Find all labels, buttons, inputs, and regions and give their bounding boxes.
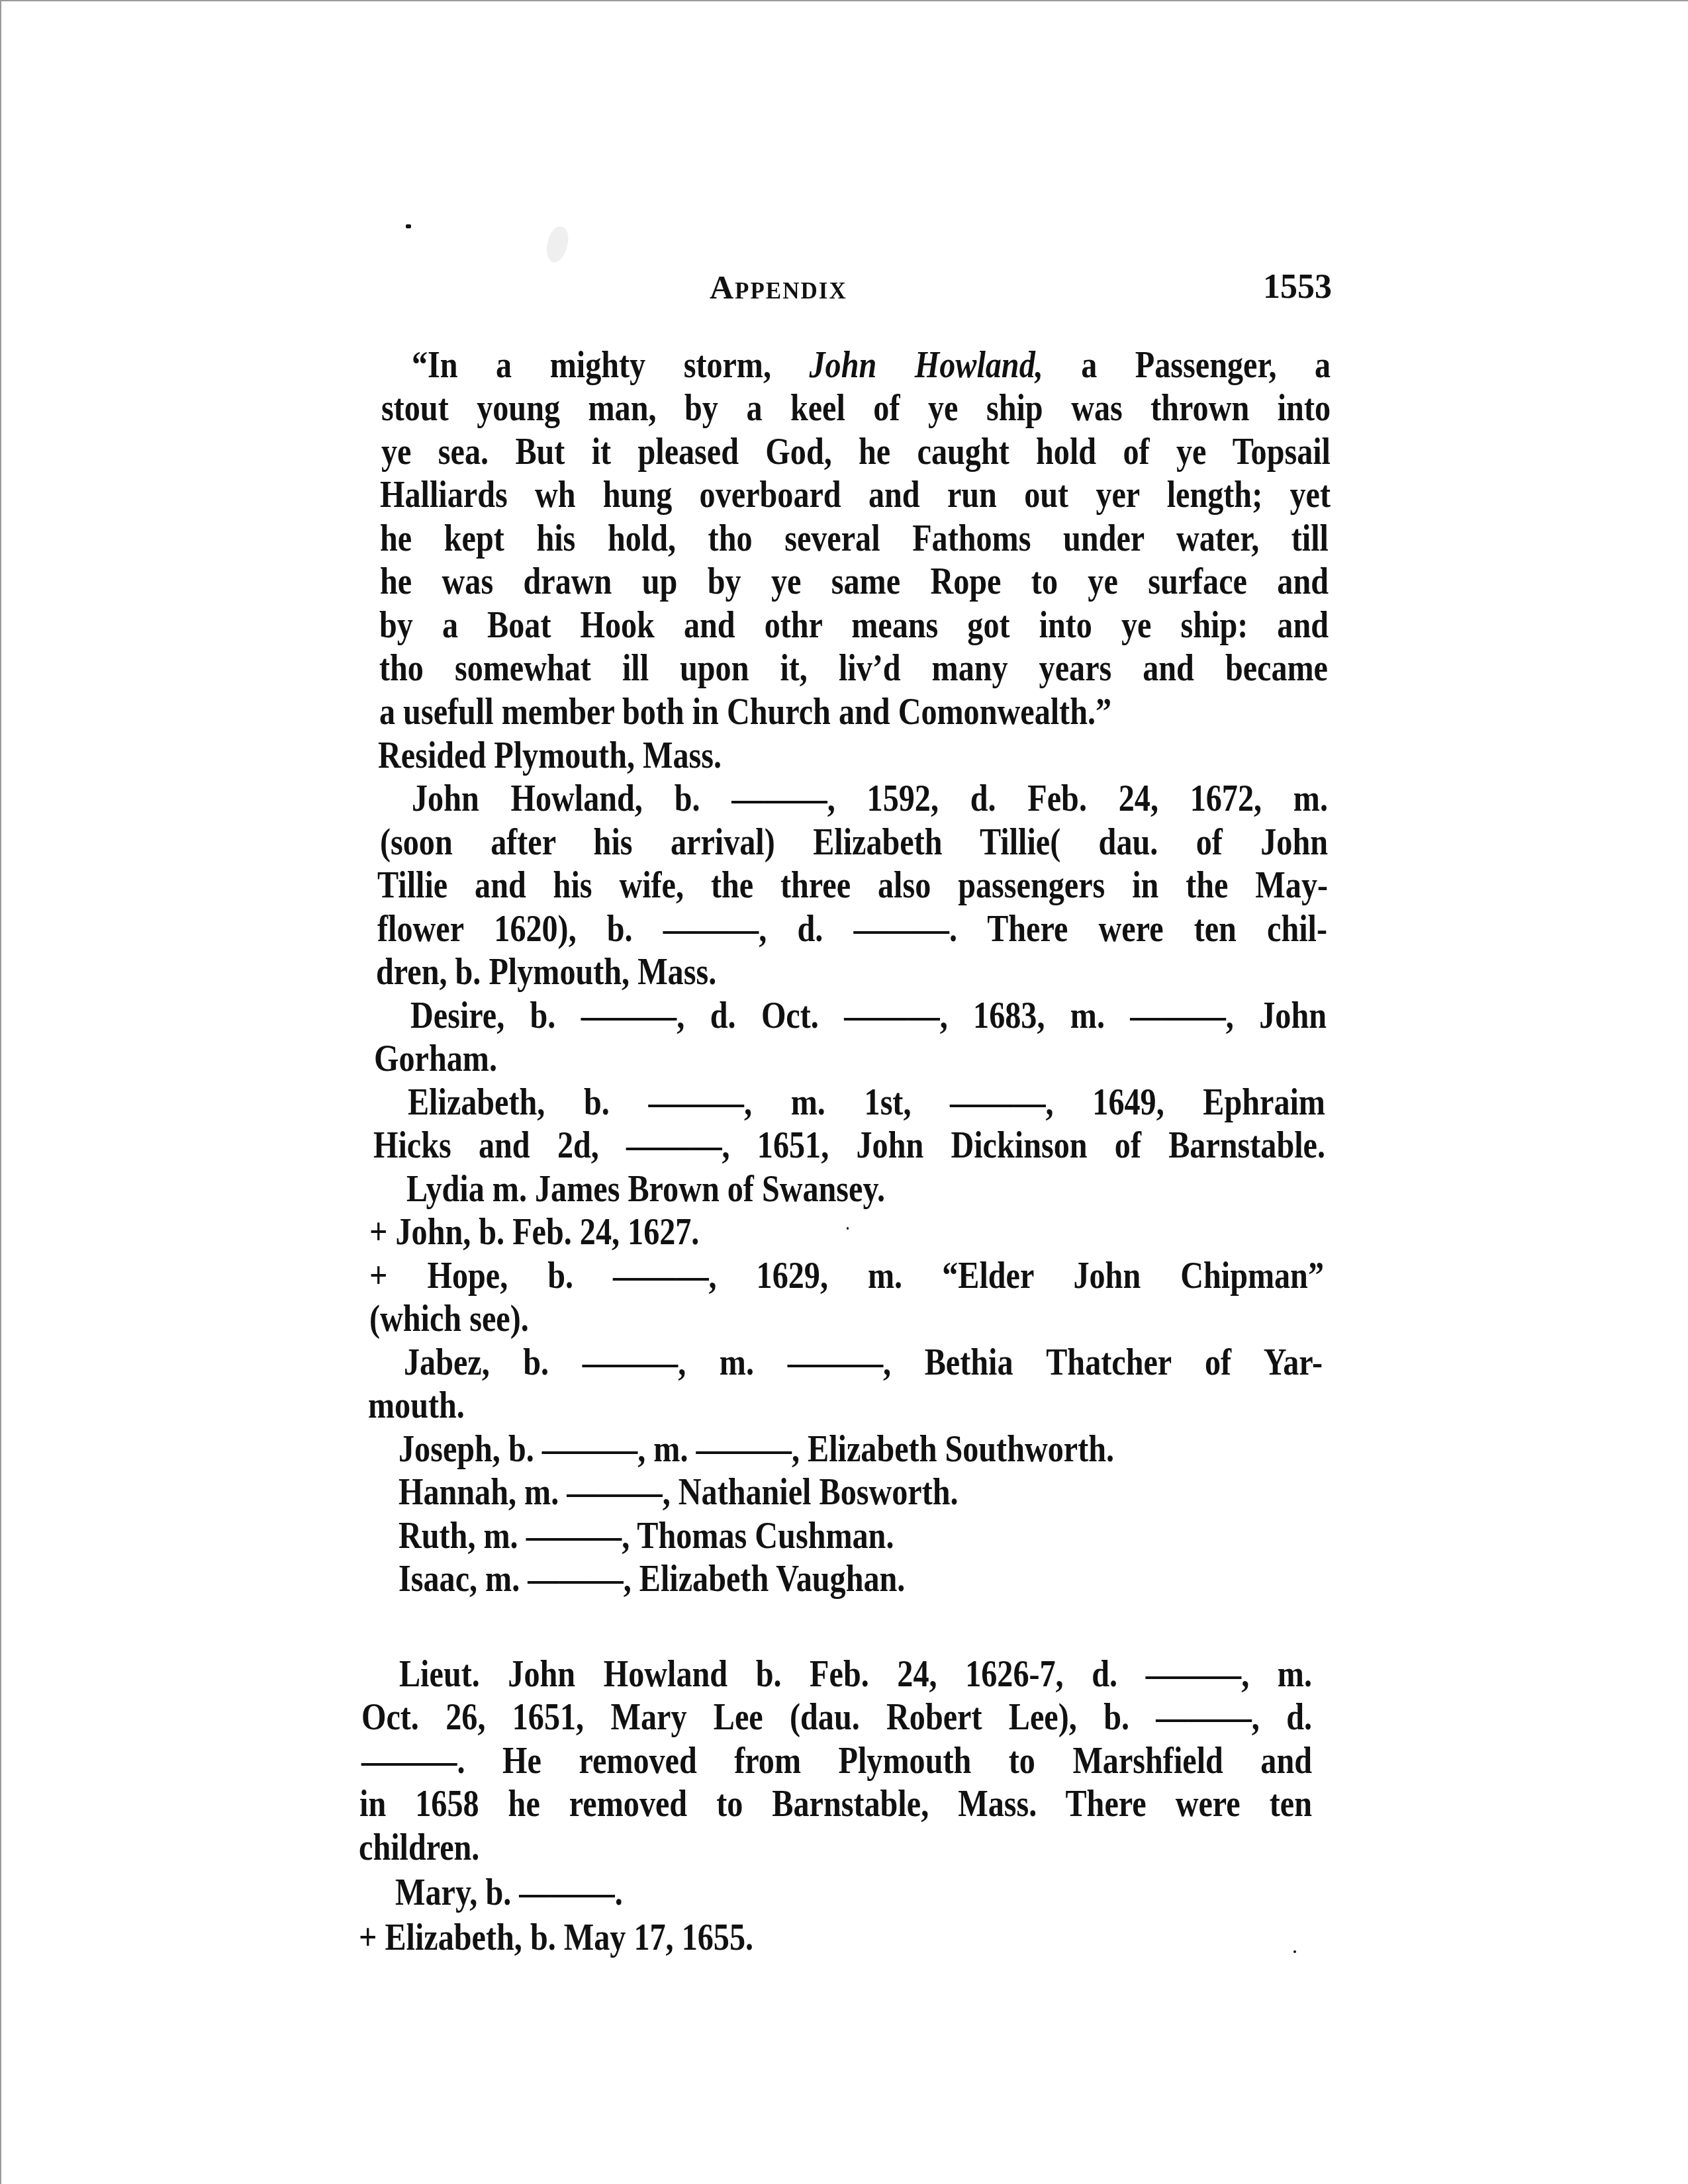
text-line: in 1658 he removed to Barnstable, Mass. … [359,1782,1312,1826]
page-number: 1553 [1263,267,1332,307]
text-line: Isaac, m. ———, Elizabeth Vaughan. [399,1557,1060,1601]
line-text: “In a mighty storm, [412,345,810,386]
line-text: dren, b. Plymouth, Mass. [376,952,716,993]
scan-smudge [544,224,571,264]
text-line: Gorham. [374,1037,531,1081]
line-text: + Elizabeth, b. May 17, 1655. [359,1917,753,1958]
line-text: (soon after his arrival) Elizabeth Tilli… [380,822,1328,863]
text-line: John Howland, b. ———, 1592, d. Feb. 24, … [412,777,1328,821]
scanned-book-page: Appendix 1553 “In a mighty storm, John H… [0,0,1688,2184]
line-text: Joseph, b. ———, m. ———, Elizabeth Southw… [399,1429,1114,1470]
line-text: a Passenger, a [1043,345,1331,386]
line-text: John Howland, b. ———, 1592, d. Feb. 24, … [412,778,1328,819]
line-text: Jabez, b. ———, m. ———, Bethia Thatcher o… [404,1342,1323,1383]
text-line: Mary, b. ———. [395,1871,663,1915]
line-text: Gorham. [374,1038,497,1079]
text-line: + Hope, b. ———, 1629, m. “Elder John Chi… [369,1254,1324,1298]
text-line: Resided Plymouth, Mass. [378,734,796,778]
line-text: in 1658 he removed to Barnstable, Mass. … [359,1784,1312,1825]
text-line: he was drawn up by ye same Rope to ye su… [380,560,1329,604]
text-line: (which see). [369,1297,597,1341]
scan-speck [1293,1950,1296,1953]
text-line: (soon after his arrival) Elizabeth Tilli… [380,821,1328,864]
line-text: Lieut. John Howland b. Feb. 24, 1626-7, … [399,1654,1312,1695]
line-text: Elizabeth, b. ———, m. 1st, ———, 1649, Ep… [408,1082,1325,1123]
line-text: Resided Plymouth, Mass. [378,735,722,776]
line-text: mouth. [368,1385,465,1426]
line-text: Lydia m. James Brown of Swansey. [406,1169,885,1210]
text-line: by a Boat Hook and othr means got into y… [379,604,1329,647]
line-text: Oct. 26, 1651, Mary Lee (dau. Robert Lee… [361,1697,1312,1738]
text-line: Hannah, m. ———, Nathaniel Bosworth. [399,1471,1127,1514]
line-text: children. [359,1827,479,1868]
text-line: ye sea. But it pleased God, he caught ho… [381,430,1331,474]
line-text: Tillie and his wife, the three also pass… [377,865,1328,906]
text-line: flower 1620), b. ———, d. ———. There were… [377,907,1327,951]
line-text: ———. He removed from Plymouth to Marshfi… [361,1741,1312,1782]
line-text: Mary, b. ———. [395,1872,623,1913]
line-text: (which see). [369,1298,529,1340]
text-line: Lieut. John Howland b. Feb. 24, 1626-7, … [399,1653,1312,1696]
line-text: a usefull member both in Church and Como… [379,692,1111,733]
text-line: Tillie and his wife, the three also pass… [377,864,1328,907]
text-line: Hicks and 2d, ———, 1651, John Dickinson … [373,1124,1325,1167]
line-text: Ruth, m. ———, Thomas Cushman. [399,1516,894,1557]
italic-name: John Howland, [810,345,1043,386]
text-line: “In a mighty storm, John Howland, a Pass… [412,343,1331,387]
text-line: Jabez, b. ———, m. ———, Bethia Thatcher o… [404,1341,1323,1385]
line-text: he kept his hold, tho several Fathoms un… [380,518,1329,559]
text-line: Oct. 26, 1651, Mary Lee (dau. Robert Lee… [361,1696,1312,1739]
text-line: Halliards wh hung overboard and run out … [380,473,1331,517]
line-text: + Hope, b. ———, 1629, m. “Elder John Chi… [369,1255,1324,1297]
text-line: children. [359,1826,531,1870]
line-text: Isaac, m. ———, Elizabeth Vaughan. [399,1559,905,1600]
text-line: Desire, b. ———, d. Oct. ———, 1683, m. ——… [410,994,1327,1038]
text-line: stout young man, by a keel of ye ship wa… [381,387,1331,430]
running-header-title: Appendix [710,267,847,307]
line-text: tho somewhat ill upon it, liv’d many yea… [379,648,1328,689]
text-line: + John, b. Feb. 24, 1627. [369,1210,796,1254]
line-text: + John, b. Feb. 24, 1627. [369,1212,699,1253]
scan-speck [406,224,411,228]
text-line: tho somewhat ill upon it, liv’d many yea… [379,647,1328,690]
text-line: Elizabeth, b. ———, m. 1st, ———, 1649, Ep… [408,1081,1325,1124]
line-text: Halliards wh hung overboard and run out … [380,475,1331,516]
text-line: a usefull member both in Church and Como… [379,690,1259,734]
line-text: stout young man, by a keel of ye ship wa… [381,388,1331,429]
line-text: Desire, b. ———, d. Oct. ———, 1683, m. ——… [410,995,1327,1036]
text-line: Joseph, b. ———, m. ———, Elizabeth Southw… [399,1428,1259,1471]
line-text: flower 1620), b. ———, d. ———. There were… [377,909,1327,950]
line-text: Hicks and 2d, ———, 1651, John Dickinson … [373,1125,1325,1166]
text-line: he kept his hold, tho several Fathoms un… [380,517,1329,561]
text-line: mouth. [368,1384,504,1428]
line-text: by a Boat Hook and othr means got into y… [379,605,1329,646]
text-line: Ruth, m. ———, Thomas Cushman. [399,1514,1060,1558]
scan-speck [847,1227,849,1230]
text-line: + Elizabeth, b. May 17, 1655. [359,1916,862,1960]
line-text: ye sea. But it pleased God, he caught ho… [381,432,1331,473]
line-text: he was drawn up by ye same Rope to ye su… [380,561,1329,602]
text-line: ———. He removed from Plymouth to Marshfi… [361,1739,1312,1783]
line-text: Hannah, m. ———, Nathaniel Bosworth. [399,1472,959,1513]
text-line: Lydia m. James Brown of Swansey. [406,1167,1021,1211]
text-line: dren, b. Plymouth, Mass. [376,950,796,994]
